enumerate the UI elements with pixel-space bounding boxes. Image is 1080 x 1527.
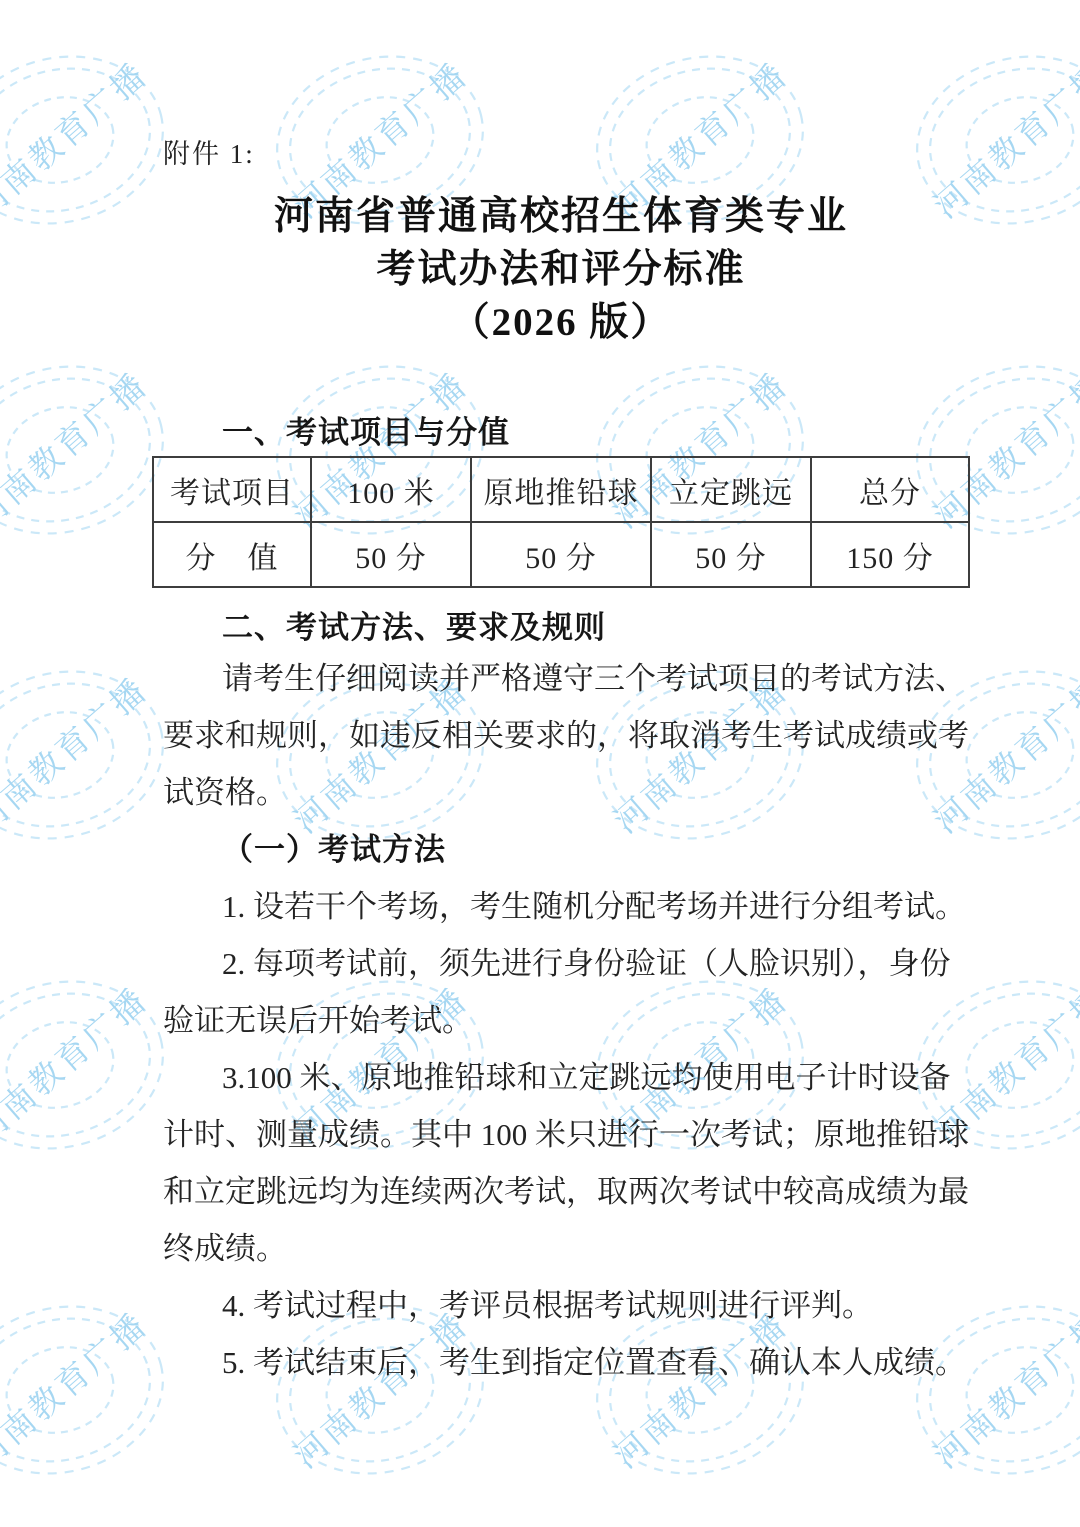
cell-shot-put-label: 原地推铅球 <box>471 457 651 522</box>
item-2-line: 验证无误后开始考试。 <box>163 992 923 1049</box>
section2-heading: 二、考试方法、要求及规则 <box>222 610 1080 646</box>
score-table: 考试项目 100 米 原地推铅球 立定跳远 总分 分 值 50 分 50 分 5… <box>152 456 970 588</box>
item-2-line: 2. 每项考试前，须先进行身份验证（人脸识别），身份 <box>163 935 923 992</box>
body-text: 请考生仔细阅读并严格遵守三个考试项目的考试方法、 要求和规则，如违反相关要求的，… <box>163 650 923 1391</box>
item-3-line: 计时、测量成绩。其中 100 米只进行一次考试；原地推铅球 <box>163 1106 923 1163</box>
table-header-row: 考试项目 100 米 原地推铅球 立定跳远 总分 <box>153 457 969 522</box>
item-4-line: 4. 考试过程中，考评员根据考试规则进行评判。 <box>163 1277 923 1334</box>
title-line-1: 河南省普通高校招生体育类专业 <box>42 190 1080 243</box>
cell-score-label: 分 值 <box>153 522 311 587</box>
item-3-line: 和立定跳远均为连续两次考试，取两次考试中较高成绩为最 <box>163 1163 923 1220</box>
cell-total-score: 150 分 <box>811 522 969 587</box>
item-3-line: 3.100 米、原地推铅球和立定跳远均使用电子计时设备 <box>163 1049 923 1106</box>
sub-heading-exam-method: （一）考试方法 <box>163 821 923 878</box>
cell-100m-score: 50 分 <box>311 522 471 587</box>
page-title: 河南省普通高校招生体育类专业 考试办法和评分标准 （2026 版） <box>42 190 1080 349</box>
cell-exam-items-label: 考试项目 <box>153 457 311 522</box>
intro-line: 试资格。 <box>163 764 923 821</box>
cell-total-label: 总分 <box>811 457 969 522</box>
title-line-3: （2026 版） <box>42 296 1080 349</box>
cell-standing-jump-label: 立定跳远 <box>651 457 811 522</box>
section1-heading: 一、考试项目与分值 <box>222 415 1080 451</box>
document-page: 河南教育广播河南教育广播河南教育广播河南教育广播河南教育广播河南教育广播河南教育… <box>0 0 1080 1527</box>
cell-100m-label: 100 米 <box>311 457 471 522</box>
intro-line: 请考生仔细阅读并严格遵守三个考试项目的考试方法、 <box>163 650 923 707</box>
document-content: 附件 1: 河南省普通高校招生体育类专业 考试办法和评分标准 （2026 版） … <box>0 136 1080 1391</box>
intro-line: 要求和规则，如违反相关要求的，将取消考生考试成绩或考 <box>163 707 923 764</box>
item-3-line: 终成绩。 <box>163 1220 923 1277</box>
attachment-label: 附件 1: <box>163 136 1080 172</box>
cell-shot-put-score: 50 分 <box>471 522 651 587</box>
title-line-2: 考试办法和评分标准 <box>42 243 1080 296</box>
item-1-line: 1. 设若干个考场，考生随机分配考场并进行分组考试。 <box>163 878 923 935</box>
item-5-line: 5. 考试结束后，考生到指定位置查看、确认本人成绩。 <box>163 1334 923 1391</box>
table-value-row: 分 值 50 分 50 分 50 分 150 分 <box>153 522 969 587</box>
cell-standing-jump-score: 50 分 <box>651 522 811 587</box>
